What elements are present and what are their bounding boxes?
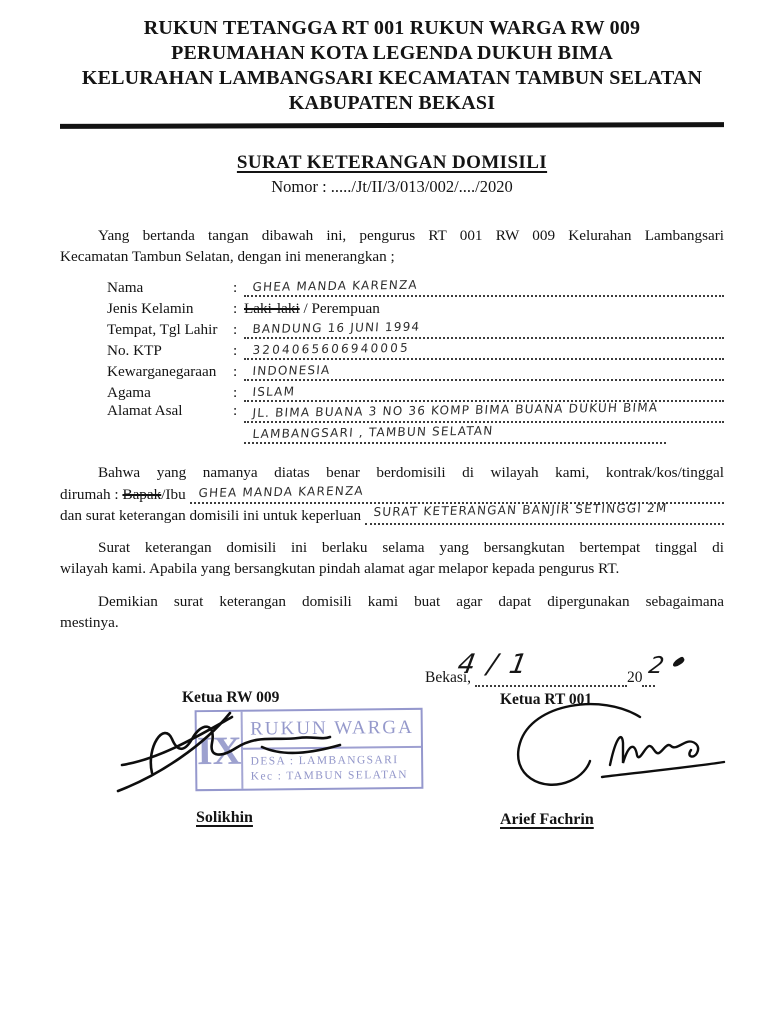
dotted-line: BANDUNG 16 JUNI 1994 bbox=[244, 320, 724, 339]
body-line: Demikian surat keterangan domisili kami … bbox=[60, 591, 724, 612]
field-colon: : bbox=[233, 384, 244, 402]
pen-flick bbox=[671, 656, 685, 668]
struck-option: Laki-laki bbox=[244, 300, 300, 317]
field-label: Tempat, Tgl Lahir bbox=[107, 321, 233, 339]
document-title: SURAT KETERANGAN DOMISILI bbox=[60, 152, 724, 174]
handwritten-ktp: 3204065606940005 bbox=[252, 341, 410, 357]
letterhead-line: KABUPATEN BEKASI bbox=[60, 91, 724, 116]
field-tempat-tgl-lahir: Tempat, Tgl Lahir : BANDUNG 16 JUNI 1994 bbox=[107, 318, 724, 339]
handwritten-kewarganegaraan: INDONESIA bbox=[252, 363, 331, 378]
dotted-line: GHEA MANDA KARENZA bbox=[244, 278, 724, 297]
handwritten-ttl: BANDUNG 16 JUNI 1994 bbox=[252, 320, 421, 336]
title-block: SURAT KETERANGAN DOMISILI Nomor : ...../… bbox=[60, 152, 724, 197]
validity-paragraph: Surat keterangan domisili ini berlaku se… bbox=[60, 537, 724, 579]
handwritten-year-digit: 2 bbox=[647, 653, 668, 679]
field-label: Alamat Asal bbox=[107, 402, 233, 420]
field-colon: : bbox=[233, 300, 244, 318]
field-colon: : bbox=[233, 402, 244, 420]
text-segment: dan surat keterangan domisili ini untuk … bbox=[60, 507, 365, 525]
identity-form: Nama : GHEA MANDA KARENZA Jenis Kelamin … bbox=[107, 276, 724, 444]
field-label: Agama bbox=[107, 384, 233, 402]
intro-paragraph: Yang bertanda tangan dibawah ini, pengur… bbox=[60, 225, 724, 267]
text-segment: dirumah : bbox=[60, 486, 122, 504]
year-prefix: 20 bbox=[627, 669, 643, 687]
rt-chair-name: Arief Fachrin bbox=[500, 811, 594, 829]
field-jenis-kelamin: Jenis Kelamin : Laki-laki / Perempuan bbox=[107, 297, 724, 318]
dotted-line: JL. BIMA BUANA 3 NO 36 KOMP BIMA BUANA D… bbox=[244, 402, 724, 423]
dotted-line: ISLAM bbox=[244, 383, 724, 402]
dotted-line: 3204065606940005 bbox=[244, 341, 724, 360]
rw-signature bbox=[112, 703, 402, 799]
handwritten-alamat-1: JL. BIMA BUANA 3 NO 36 KOMP BIMA BUANA D… bbox=[252, 400, 659, 420]
field-agama: Agama : ISLAM bbox=[107, 381, 724, 402]
field-value: JL. BIMA BUANA 3 NO 36 KOMP BIMA BUANA D… bbox=[244, 402, 724, 444]
struck-word: Bapak bbox=[122, 486, 161, 504]
body-line: wilayah kami. Apabila yang bersangkutan … bbox=[60, 558, 724, 579]
scanned-letter-page: RUKUN TETANGGA RT 001 RUKUN WARGA RW 009… bbox=[0, 0, 768, 1024]
field-label: Nama bbox=[107, 279, 233, 297]
signature-section: Bekasi, 20 4 / 1 2 Ketua RW 009 Ketua RT… bbox=[60, 663, 724, 913]
handwritten-date: 4 / 1 bbox=[455, 649, 531, 680]
handwritten-keperluan: SURAT KETERANGAN BANJIR SETINGGI 2M bbox=[373, 501, 668, 519]
handwritten-owner-name: GHEA MANDA KARENZA bbox=[198, 484, 364, 500]
field-nama: Nama : GHEA MANDA KARENZA bbox=[107, 276, 724, 297]
document-number: Nomor : ...../Jt/II/3/013/002/..../2020 bbox=[60, 177, 724, 197]
kept-option: / Perempuan bbox=[300, 300, 380, 317]
body-line-with-handwriting: dan surat keterangan domisili ini untuk … bbox=[60, 504, 724, 525]
letterhead-line: PERUMAHAN KOTA LEGENDA DUKUH BIMA bbox=[60, 41, 724, 66]
dotted-line: SURAT KETERANGAN BANJIR SETINGGI 2M bbox=[365, 507, 724, 525]
intro-line: Kecamatan Tambun Selatan, dengan ini men… bbox=[60, 246, 724, 267]
letterhead: RUKUN TETANGGA RT 001 RUKUN WARGA RW 009… bbox=[60, 16, 724, 116]
intro-line: Yang bertanda tangan dibawah ini, pengur… bbox=[60, 225, 724, 246]
letterhead-divider bbox=[60, 122, 724, 129]
field-label: Jenis Kelamin bbox=[107, 300, 233, 318]
rw-chair-name: Solikhin bbox=[196, 809, 253, 827]
dotted-line: LAMBANGSARI , TAMBUN SELATAN bbox=[244, 423, 666, 444]
letterhead-line: RUKUN TETANGGA RT 001 RUKUN WARGA RW 009 bbox=[60, 16, 724, 41]
field-colon: : bbox=[233, 279, 244, 297]
field-colon: : bbox=[233, 363, 244, 381]
field-alamat-asal: Alamat Asal : JL. BIMA BUANA 3 NO 36 KOM… bbox=[107, 402, 724, 444]
handwritten-agama: ISLAM bbox=[252, 384, 296, 399]
body-line: mestinya. bbox=[60, 612, 724, 633]
body-line: Bahwa yang namanya diatas benar berdomis… bbox=[60, 462, 724, 483]
letterhead-line: KELURAHAN LAMBANGSARI KECAMATAN TAMBUN S… bbox=[60, 66, 724, 91]
dotted-line: INDONESIA bbox=[244, 362, 724, 381]
domicile-paragraph: Bahwa yang namanya diatas benar berdomis… bbox=[60, 462, 724, 525]
body-line: Surat keterangan domisili ini berlaku se… bbox=[60, 537, 724, 558]
field-no-ktp: No. KTP : 3204065606940005 bbox=[107, 339, 724, 360]
field-colon: : bbox=[233, 342, 244, 360]
rt-signature bbox=[490, 699, 735, 799]
field-label: No. KTP bbox=[107, 342, 233, 360]
handwritten-alamat-2: LAMBANGSARI , TAMBUN SELATAN bbox=[252, 424, 494, 441]
text-segment: /Ibu bbox=[161, 486, 189, 504]
field-value: Laki-laki / Perempuan bbox=[244, 300, 724, 318]
field-label: Kewarganegaraan bbox=[107, 363, 233, 381]
field-kewarganegaraan: Kewarganegaraan : INDONESIA bbox=[107, 360, 724, 381]
closing-paragraph: Demikian surat keterangan domisili kami … bbox=[60, 591, 724, 633]
field-colon: : bbox=[233, 321, 244, 339]
handwritten-nama: GHEA MANDA KARENZA bbox=[252, 278, 418, 294]
